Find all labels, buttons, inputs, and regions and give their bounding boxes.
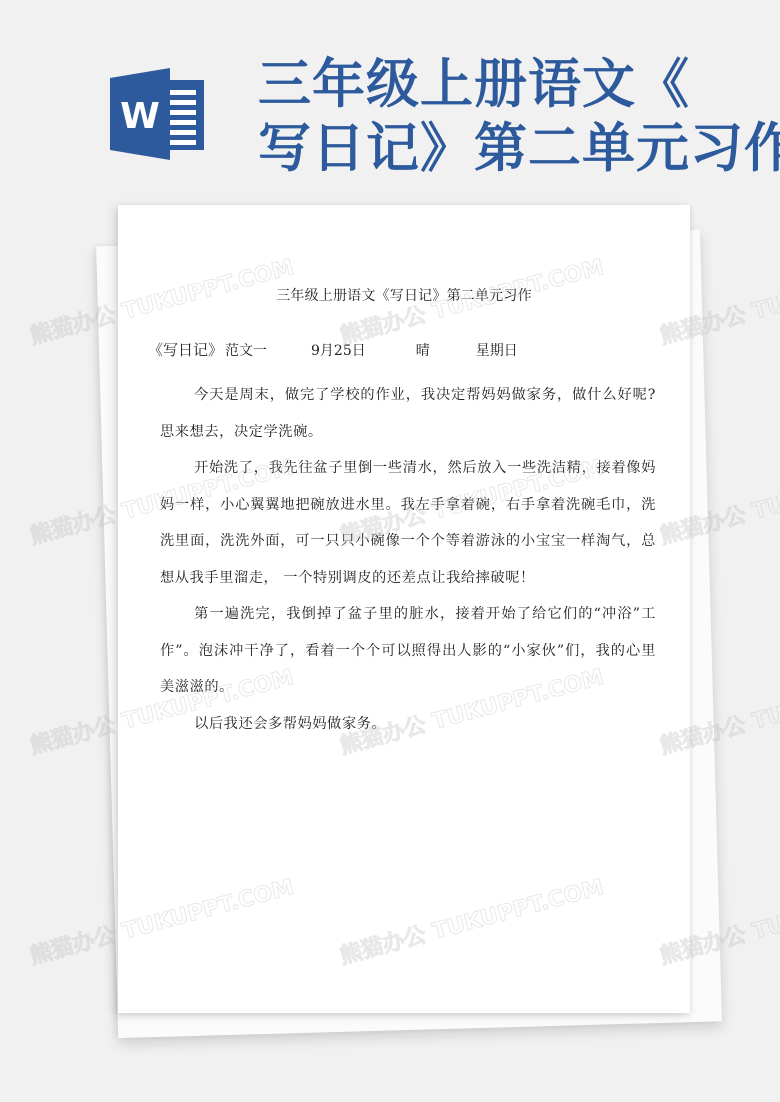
sample-label: 范文一 bbox=[225, 340, 267, 360]
diary-weather: 晴 bbox=[416, 340, 430, 360]
banner-title-line-2: 写日记》第二单元习作 bbox=[258, 116, 780, 180]
paragraph: 第一遍洗完，我倒掉了盆子里的脏水，接着开始了给它们的“冲浴”工作”。泡沫冲干净了… bbox=[160, 596, 656, 706]
header-banner: W 三年级上册语文《 写日记》第二单元习作 bbox=[0, 0, 780, 200]
document-body: 今天是周末，做完了学校的作业，我决定帮妈妈做家务，做什么好呢?思来想去，决定学洗… bbox=[160, 377, 656, 742]
paragraph: 开始洗了，我先往盆子里倒一些清水，然后放入一些洗洁精，接着像妈妈一样，小心翼翼地… bbox=[160, 450, 656, 596]
banner-title: 三年级上册语文《 写日记》第二单元习作 bbox=[258, 52, 780, 180]
paragraph: 今天是周末，做完了学校的作业，我决定帮妈妈做家务，做什么好呢?思来想去，决定学洗… bbox=[160, 377, 656, 450]
svg-text:W: W bbox=[120, 96, 160, 137]
diary-date: 9月25日 bbox=[311, 340, 366, 360]
document-page: 三年级上册语文《写日记》第二单元习作 《写日记》 范文一 9月25日 晴 星期日… bbox=[118, 205, 690, 1013]
word-document-icon: W bbox=[108, 68, 208, 160]
paragraph: 以后我还会多帮妈妈做家务。 bbox=[160, 706, 656, 743]
diary-weekday: 星期日 bbox=[476, 340, 518, 360]
diary-heading: 《写日记》 bbox=[148, 339, 223, 360]
banner-title-line-1: 三年级上册语文《 bbox=[258, 52, 780, 116]
document-title: 三年级上册语文《写日记》第二单元习作 bbox=[118, 285, 690, 305]
diary-header-line: 《写日记》 范文一 9月25日 晴 星期日 bbox=[148, 339, 518, 360]
